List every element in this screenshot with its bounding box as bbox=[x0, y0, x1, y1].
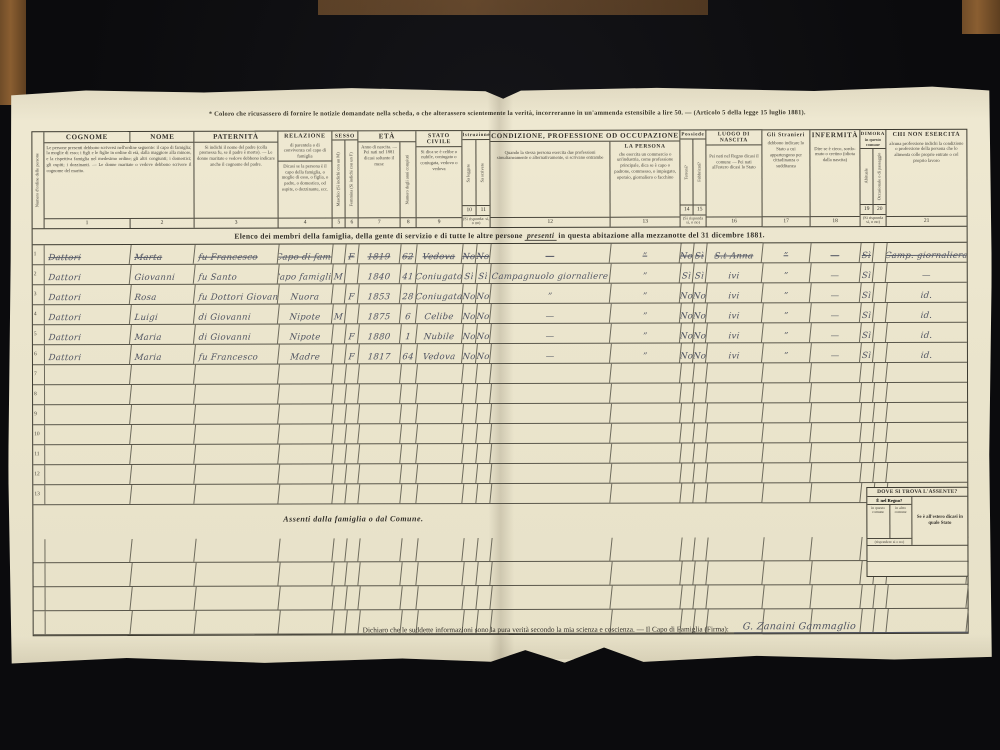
cell-nome bbox=[130, 445, 196, 464]
col-number-6: 6 bbox=[346, 217, 358, 227]
cell-luogo-nascita: ivi bbox=[706, 303, 764, 322]
cell-professione bbox=[490, 384, 612, 403]
col-number-16: 16 bbox=[707, 216, 762, 226]
cell-stranieri: ” bbox=[762, 243, 812, 262]
condizione-left-desc: Quando la stessa persona esercita due pr… bbox=[490, 141, 610, 217]
col-number-20: 20 bbox=[874, 204, 886, 214]
cell-chi-non-esercita: id. bbox=[886, 303, 968, 322]
cell-la-persona bbox=[610, 404, 682, 423]
cell-infermita: — bbox=[810, 323, 862, 342]
fabbricati-label: Fabbricati? bbox=[697, 139, 702, 204]
header-istruzione-title: Istruzione bbox=[462, 131, 489, 140]
cell-paternita bbox=[194, 485, 280, 504]
cell-anno-nascita bbox=[358, 364, 402, 383]
la-persona-desc: che esercita un commercio o un'industria… bbox=[611, 149, 680, 216]
header-infermita: INFERMITÀ Dire se è cieco, sordo-muto o … bbox=[810, 130, 860, 226]
col-number-8: 8 bbox=[401, 217, 416, 227]
cell-infermita bbox=[810, 423, 862, 442]
cell-luogo-nascita: ivi bbox=[706, 263, 764, 282]
col-number-12: 12 bbox=[491, 217, 610, 227]
row-number: 4 bbox=[33, 305, 45, 324]
cell-nome bbox=[130, 539, 196, 562]
cell-relazione: Nuora bbox=[278, 284, 334, 303]
cell-relazione: Capo famiglia bbox=[278, 264, 334, 283]
header-luogo-nascita: LUOGO DI NASCITA Pei nati nel Regno dica… bbox=[706, 130, 762, 226]
table-row: 4 Dattori Luigi di Giovanni Nipote M 187… bbox=[33, 303, 967, 325]
cell-cognome: Dattori bbox=[44, 285, 132, 304]
cell-relazione bbox=[278, 364, 334, 383]
cell-relazione: Nipote bbox=[278, 324, 334, 343]
cell-la-persona: ” bbox=[610, 344, 682, 363]
head-of-family-signature: G. Zanaini Gammaglio bbox=[734, 621, 969, 634]
cell-chi-non-esercita: id. bbox=[886, 283, 968, 302]
cell-paternita: di Giovanni bbox=[194, 325, 280, 344]
header-fabbricati: Fabbricati? 15 bbox=[693, 139, 706, 214]
dove-title: DOVE SI TROVA L'ASSENTE? bbox=[867, 488, 967, 497]
cell-stranieri bbox=[762, 537, 812, 560]
cell-chi-non-esercita bbox=[886, 423, 968, 442]
cell-luogo-nascita bbox=[706, 483, 764, 502]
cell-paternita bbox=[194, 445, 280, 464]
table-header: Numero d'ordine delle persone COGNOME NO… bbox=[32, 130, 966, 229]
col-number-11: 11 bbox=[477, 205, 490, 215]
col-number-3: 3 bbox=[195, 218, 278, 228]
header-istruzione: Istruzione Sa leggere 10 Sa scrivere 11 bbox=[462, 131, 490, 227]
chi-title: CHI NON ESERCITA bbox=[886, 130, 966, 139]
cell-chi-non-esercita: id. bbox=[886, 343, 968, 362]
cell-chi-non-esercita bbox=[886, 403, 968, 422]
cell-paternita bbox=[194, 587, 280, 610]
cell-luogo-nascita bbox=[706, 561, 764, 584]
cell-infermita: — bbox=[810, 303, 862, 322]
cell-luogo-nascita: S.t Anna bbox=[706, 243, 764, 262]
cell-stranieri bbox=[762, 463, 812, 482]
cell-la-persona bbox=[610, 364, 682, 383]
cell-professione: — bbox=[490, 324, 612, 343]
chi-desc: alcuna professione indichi la condizione… bbox=[886, 138, 966, 216]
eta-anno-label: Anno di nascita. — Pei nati nel 1881 dic… bbox=[358, 142, 399, 217]
header-dimora: DIMORA in questo comune Abituale 19 Occa… bbox=[860, 130, 886, 226]
header-nome-title: NOME bbox=[130, 132, 194, 142]
table-row bbox=[33, 537, 967, 563]
cell-professione: ” bbox=[490, 284, 612, 303]
header-condizione-left: Quando la stessa persona esercita due pr… bbox=[490, 141, 610, 227]
cell-chi-non-esercita bbox=[886, 383, 968, 402]
col-number-9: 9 bbox=[417, 217, 462, 227]
cell-anno-nascita: 1840 bbox=[358, 264, 402, 283]
table-row: 11 bbox=[33, 443, 967, 465]
col-number-2: 2 bbox=[130, 219, 193, 228]
cell-paternita bbox=[194, 563, 280, 586]
header-dimora-occasionale: Occasionale o di passaggio 20 bbox=[873, 149, 886, 213]
cell-la-persona bbox=[610, 424, 682, 443]
header-condizione: CONDIZIONE, PROFESSIONE OD OCCUPAZIONE Q… bbox=[490, 131, 680, 227]
header-la-persona: LA PERSONA che esercita un commercio o u… bbox=[610, 141, 680, 226]
cell-nome: Luigi bbox=[130, 305, 196, 324]
col-number-21: 21 bbox=[887, 216, 967, 226]
table-row: 8 bbox=[33, 383, 967, 405]
col-number-5: 5 bbox=[333, 217, 346, 227]
abituale-label: Abituale bbox=[864, 150, 869, 204]
la-persona-title: LA PERSONA bbox=[611, 141, 680, 149]
cell-infermita bbox=[810, 585, 862, 608]
table-row: 6 Dattori Maria fu Francesco Madre F 181… bbox=[33, 343, 967, 365]
cell-infermita bbox=[810, 537, 862, 560]
luogo-title: LUOGO DI NASCITA bbox=[706, 130, 761, 145]
table-row: 5 Dattori Maria di Giovanni Nipote F 188… bbox=[33, 323, 967, 345]
cell-cognome: Dattori bbox=[44, 305, 132, 324]
cell-la-persona bbox=[610, 538, 682, 561]
cell-luogo-nascita bbox=[706, 585, 764, 608]
header-dimora-abituale: Abituale 19 bbox=[860, 150, 873, 214]
table-row: 1 Dattori Marta fu Francesco Capo di fam… bbox=[33, 243, 967, 265]
cell-anno-nascita bbox=[358, 586, 402, 609]
header-stato-civile: STATO CIVILE Si dica se è celibe o nubil… bbox=[416, 131, 462, 227]
row-number: 10 bbox=[33, 425, 45, 444]
cell-nome bbox=[130, 385, 196, 404]
cell-relazione bbox=[278, 562, 334, 585]
cell-professione: — bbox=[490, 344, 612, 363]
row-number: 3 bbox=[33, 285, 45, 304]
cell-infermita bbox=[810, 561, 862, 584]
cell-luogo-nascita: ivi bbox=[706, 283, 764, 302]
cell-stranieri: ” bbox=[762, 303, 812, 322]
cell-la-persona bbox=[610, 464, 682, 483]
header-paternita-desc: Si indichi il nome del padre (colla prem… bbox=[194, 142, 277, 218]
row-number: 12 bbox=[33, 465, 45, 484]
cell-luogo-nascita bbox=[706, 383, 764, 402]
stranieri-desc: debbono indicare lo Stato a cui apparten… bbox=[762, 138, 809, 216]
photo-scene: * Coloro che ricusassero di fornire le n… bbox=[0, 0, 1000, 750]
cell-chi-non-esercita bbox=[886, 585, 968, 608]
cell-anno-nascita bbox=[358, 484, 402, 503]
cell-chi-non-esercita bbox=[886, 443, 968, 462]
cell-stato-civile: Coniugata bbox=[416, 284, 464, 303]
cell-stato-civile: Celibe bbox=[416, 304, 464, 323]
header-relazione: RELAZIONE di parentela o di convivenza c… bbox=[278, 131, 332, 227]
cell-cognome bbox=[44, 425, 132, 444]
header-cognome-nome: COGNOME NOME Le persone presenti debbono… bbox=[44, 132, 194, 228]
infermita-title: INFERMITÀ bbox=[810, 130, 859, 140]
header-chi-non-esercita: CHI NON ESERCITA alcuna professione indi… bbox=[886, 130, 966, 226]
cell-cognome: Dattori bbox=[44, 325, 132, 344]
cell-cognome bbox=[44, 445, 132, 464]
cell-nome bbox=[130, 425, 196, 444]
cell-la-persona: ” bbox=[610, 264, 682, 283]
cell-chi-non-esercita bbox=[886, 463, 968, 482]
cell-anno-nascita bbox=[358, 424, 402, 443]
row-number-vertical-label: Numero d'ordine delle persone bbox=[36, 132, 41, 228]
col-number-4: 4 bbox=[279, 217, 332, 227]
cell-stato-civile bbox=[416, 384, 464, 403]
cell-paternita: di Giovanni bbox=[194, 305, 280, 324]
cell-anno-nascita: 1853 bbox=[358, 284, 402, 303]
assenti-band: Assenti dalla famiglia o dal Comune. bbox=[33, 503, 967, 539]
cell-paternita: fu Santo bbox=[194, 265, 280, 284]
cell-cognome bbox=[44, 485, 132, 504]
condizione-banner: CONDIZIONE, PROFESSIONE OD OCCUPAZIONE bbox=[490, 131, 679, 142]
header-eta-title: ETÀ bbox=[358, 131, 415, 142]
cell-luogo-nascita bbox=[706, 463, 764, 482]
row-number: 9 bbox=[33, 405, 45, 424]
header-stato-desc: Si dica se è celibe o nubile, coniugato … bbox=[416, 147, 461, 217]
cell-anno-nascita bbox=[358, 464, 402, 483]
dimora-subtitle: in questo comune bbox=[860, 137, 885, 149]
cell-paternita bbox=[194, 405, 280, 424]
cell-nome bbox=[130, 365, 196, 384]
eta-anni-label: Numero degli anni compiuti bbox=[406, 142, 411, 217]
header-sesso-f: Femmina (Si indichi con un F) 6 bbox=[345, 140, 358, 227]
cell-cognome bbox=[44, 385, 132, 404]
cell-professione bbox=[490, 562, 612, 585]
table-row: 13 bbox=[33, 483, 967, 505]
cell-stranieri: ” bbox=[762, 323, 812, 342]
cell-infermita: — bbox=[810, 263, 862, 282]
dove-altro-comune: in altro comune bbox=[889, 505, 912, 538]
elenco-pre: Elenco dei membri della famiglia, della … bbox=[234, 231, 525, 241]
cell-professione bbox=[490, 484, 612, 503]
cell-cognome bbox=[44, 563, 132, 586]
cell-stato-civile bbox=[416, 444, 464, 463]
table-row: 12 bbox=[33, 463, 967, 485]
row-number: 6 bbox=[33, 345, 45, 364]
cell-luogo-nascita bbox=[706, 423, 764, 442]
cell-la-persona bbox=[610, 384, 682, 403]
header-sa-leggere: Sa leggere 10 bbox=[462, 140, 476, 215]
table-row: 3 Dattori Rosa fu Dottori Giovanni Nuora… bbox=[33, 283, 967, 305]
table-row bbox=[34, 585, 968, 611]
cell-stato-civile: Vedova bbox=[416, 244, 464, 263]
header-paternita: PATERNITÀ Si indichi il nome del padre (… bbox=[194, 132, 278, 228]
cell-infermita bbox=[810, 443, 862, 462]
header-sesso-title: SESSO bbox=[332, 131, 357, 140]
cell-nome: Giovanni bbox=[130, 265, 196, 284]
terreni-label: Terreni? bbox=[684, 139, 689, 204]
col-number-19: 19 bbox=[861, 204, 874, 214]
cell-cognome: Dattori bbox=[44, 245, 132, 264]
table-body: 1 Dattori Marta fu Francesco Capo di fam… bbox=[33, 243, 968, 505]
header-terreni: Terreni? 14 bbox=[680, 139, 693, 214]
cell-anno-nascita: 1817 bbox=[358, 344, 402, 363]
penalty-fine-print: * Coloro che ricusassero di fornire le n… bbox=[67, 109, 947, 118]
dimora-nota: (Si risponda sì, o no) bbox=[861, 214, 886, 226]
cell-anno-nascita bbox=[358, 444, 402, 463]
cell-stranieri: ” bbox=[762, 283, 812, 302]
cell-stranieri bbox=[762, 383, 812, 402]
cell-la-persona bbox=[610, 444, 682, 463]
cell-infermita bbox=[810, 383, 862, 402]
cell-cognome bbox=[44, 365, 132, 384]
dimora-title: DIMORA bbox=[860, 130, 885, 137]
possiede-title: Possiede bbox=[680, 130, 705, 139]
cell-relazione bbox=[278, 444, 334, 463]
cell-professione bbox=[490, 404, 612, 423]
cell-luogo-nascita bbox=[706, 363, 764, 382]
row-number: 7 bbox=[33, 365, 45, 384]
header-stranieri: Gli Stranieri debbono indicare lo Stato … bbox=[762, 130, 810, 226]
cell-stato-civile bbox=[416, 404, 464, 423]
cell-paternita bbox=[194, 539, 280, 562]
header-sesso: SESSO Maschio (Si indichi con un M) 5 Fe… bbox=[332, 131, 358, 227]
cell-luogo-nascita bbox=[706, 403, 764, 422]
header-cognome-nome-desc: Le persone presenti debbono scriversi ne… bbox=[44, 142, 193, 218]
cell-infermita: — bbox=[810, 243, 862, 262]
cell-la-persona bbox=[610, 562, 682, 585]
col-number-14: 14 bbox=[681, 204, 694, 214]
col-number-13: 13 bbox=[611, 217, 680, 227]
cell-relazione: Capo di fam. bbox=[278, 244, 334, 263]
assenti-title: Assenti dalla famiglia o dal Comune. bbox=[33, 514, 673, 525]
elenco-post: in questa abitazione alla mezzanotte del… bbox=[556, 230, 765, 240]
cell-stato-civile bbox=[416, 562, 464, 585]
header-paternita-title: PATERNITÀ bbox=[194, 132, 277, 143]
header-relazione-title: RELAZIONE bbox=[278, 131, 331, 140]
cell-relazione: Nipote bbox=[278, 304, 334, 323]
cell-stato-civile bbox=[416, 424, 464, 443]
col-number-1: 1 bbox=[45, 219, 131, 228]
cell-luogo-nascita: ivi bbox=[706, 343, 764, 362]
header-stato-title: STATO CIVILE bbox=[416, 131, 461, 147]
header-cognome-title: COGNOME bbox=[44, 132, 130, 142]
header-eta-anni: Numero degli anni compiuti 8 bbox=[400, 142, 416, 227]
cell-anno-nascita: 1819 bbox=[358, 244, 402, 263]
cell-stato-civile bbox=[416, 464, 464, 483]
cell-anno-nascita bbox=[358, 562, 402, 585]
cell-anno-nascita: 1880 bbox=[358, 324, 402, 343]
cell-stranieri bbox=[762, 561, 812, 584]
cell-relazione bbox=[278, 464, 334, 483]
table-row: 9 bbox=[33, 403, 967, 425]
cell-stato-civile bbox=[416, 484, 464, 503]
header-sesso-m: Maschio (Si indichi con un M) 5 bbox=[332, 140, 345, 227]
cell-la-persona: ” bbox=[610, 284, 682, 303]
cell-cognome bbox=[44, 465, 132, 484]
sa-scrivere-label: Sa scrivere bbox=[481, 140, 486, 205]
cell-professione bbox=[490, 364, 612, 383]
cell-paternita: fu Francesco bbox=[194, 245, 280, 264]
cell-stato-civile: Vedova bbox=[416, 344, 464, 363]
cell-infermita bbox=[810, 403, 862, 422]
cell-paternita bbox=[194, 465, 280, 484]
cell-professione: Campagnuolo giornaliere bbox=[490, 264, 612, 283]
col-number-17: 17 bbox=[763, 216, 810, 226]
header-eta: ETÀ Anno di nascita. — Pei nati nel 1881… bbox=[358, 131, 416, 227]
col-number-7: 7 bbox=[359, 217, 400, 227]
cell-cognome bbox=[44, 539, 132, 562]
header-eta-anno: Anno di nascita. — Pei nati nel 1881 dic… bbox=[358, 142, 399, 227]
cell-professione bbox=[490, 444, 612, 463]
table-row bbox=[33, 561, 967, 587]
cell-paternita: fu Francesco bbox=[194, 345, 280, 364]
elenco-presenti: presenti bbox=[525, 231, 556, 241]
stranieri-title: Gli Stranieri bbox=[762, 130, 809, 138]
cell-anno-nascita bbox=[358, 404, 402, 423]
row-number: 13 bbox=[33, 485, 45, 504]
cell-anno-nascita bbox=[358, 538, 402, 561]
cell-infermita bbox=[810, 483, 862, 502]
cell-stato-civile bbox=[416, 586, 464, 609]
cell-cognome bbox=[44, 587, 132, 610]
cell-chi-non-esercita: id. bbox=[886, 323, 968, 342]
cell-chi-non-esercita: Camp. giornaliera bbox=[886, 243, 968, 262]
cell-stranieri: ” bbox=[762, 343, 812, 362]
dove-assente-box: DOVE SI TROVA L'ASSENTE? È nel Regno? in… bbox=[866, 487, 968, 577]
cell-stranieri bbox=[762, 585, 812, 608]
cell-la-persona bbox=[610, 484, 682, 503]
cell-luogo-nascita bbox=[706, 443, 764, 462]
istruzione-nota: (Si risponda: sì, o no) bbox=[463, 215, 490, 227]
cell-relazione bbox=[278, 384, 334, 403]
cell-nome bbox=[130, 485, 196, 504]
cell-professione bbox=[490, 586, 612, 609]
cell-paternita bbox=[194, 385, 280, 404]
cell-relazione bbox=[278, 404, 334, 423]
sesso-m-label: Maschio (Si indichi con un M) bbox=[336, 140, 341, 217]
cell-anno-nascita: 1875 bbox=[358, 304, 402, 323]
cell-infermita: — bbox=[810, 343, 862, 362]
dove-estero: Se è all'estero dicasi in quale Stato bbox=[912, 497, 967, 545]
cell-la-persona: ” bbox=[610, 304, 682, 323]
cell-stranieri bbox=[762, 423, 812, 442]
cell-nome bbox=[130, 587, 196, 610]
table-row: 7 bbox=[33, 363, 967, 385]
cell-stato-civile bbox=[416, 364, 464, 383]
possiede-nota: (Si risponda sì, o no) bbox=[681, 214, 706, 226]
cell-stato-civile bbox=[416, 538, 464, 561]
cell-professione bbox=[490, 464, 612, 483]
cell-luogo-nascita bbox=[706, 537, 764, 560]
cell-cognome bbox=[44, 405, 132, 424]
cell-luogo-nascita: ivi bbox=[706, 323, 764, 342]
cell-la-persona bbox=[610, 586, 682, 609]
dove-regno: È nel Regno? in questo comune in altro c… bbox=[867, 497, 912, 545]
col-number-18: 18 bbox=[811, 216, 860, 226]
header-relazione-subtitle: di parentela o di convivenza col capo di… bbox=[278, 140, 331, 161]
cell-cognome: Dattori bbox=[44, 265, 132, 284]
header-sa-scrivere: Sa scrivere 11 bbox=[476, 140, 490, 215]
cell-stato-civile: Coniugato bbox=[416, 264, 464, 283]
census-table: Numero d'ordine delle persone COGNOME NO… bbox=[31, 129, 968, 636]
cell-anno-nascita bbox=[358, 384, 402, 403]
cell-professione: — bbox=[490, 244, 612, 263]
cell-la-persona: ” bbox=[610, 324, 682, 343]
cell-relazione: Madre bbox=[278, 344, 334, 363]
cell-nome bbox=[130, 405, 196, 424]
cell-infermita bbox=[810, 463, 862, 482]
cell-infermita: — bbox=[810, 283, 862, 302]
dove-empty-rows bbox=[867, 545, 967, 576]
sa-leggere-label: Sa leggere bbox=[467, 140, 472, 205]
cell-paternita: fu Dottori Giovanni bbox=[194, 285, 280, 304]
cell-relazione bbox=[278, 484, 334, 503]
table-row: 10 bbox=[33, 423, 967, 445]
sesso-f-label: Femmina (Si indichi con un F) bbox=[349, 140, 354, 217]
cell-stranieri bbox=[762, 483, 812, 502]
header-row-number: Numero d'ordine delle persone bbox=[32, 132, 44, 228]
cell-stranieri bbox=[762, 363, 812, 382]
declaration-text: Dichiaro che le suddette informazioni so… bbox=[33, 624, 729, 635]
cell-stranieri: ” bbox=[762, 263, 812, 282]
cell-professione bbox=[490, 538, 612, 561]
cell-nome: Rosa bbox=[130, 285, 196, 304]
cell-stranieri bbox=[762, 443, 812, 462]
cell-relazione bbox=[278, 538, 334, 561]
cell-nome: Maria bbox=[130, 325, 196, 344]
luogo-desc: Pei nati nel Regno dicasi il comune — Pe… bbox=[706, 145, 761, 216]
cell-cognome: Dattori bbox=[44, 345, 132, 364]
cell-infermita bbox=[810, 363, 862, 382]
cell-stato-civile: Nubile bbox=[416, 324, 464, 343]
